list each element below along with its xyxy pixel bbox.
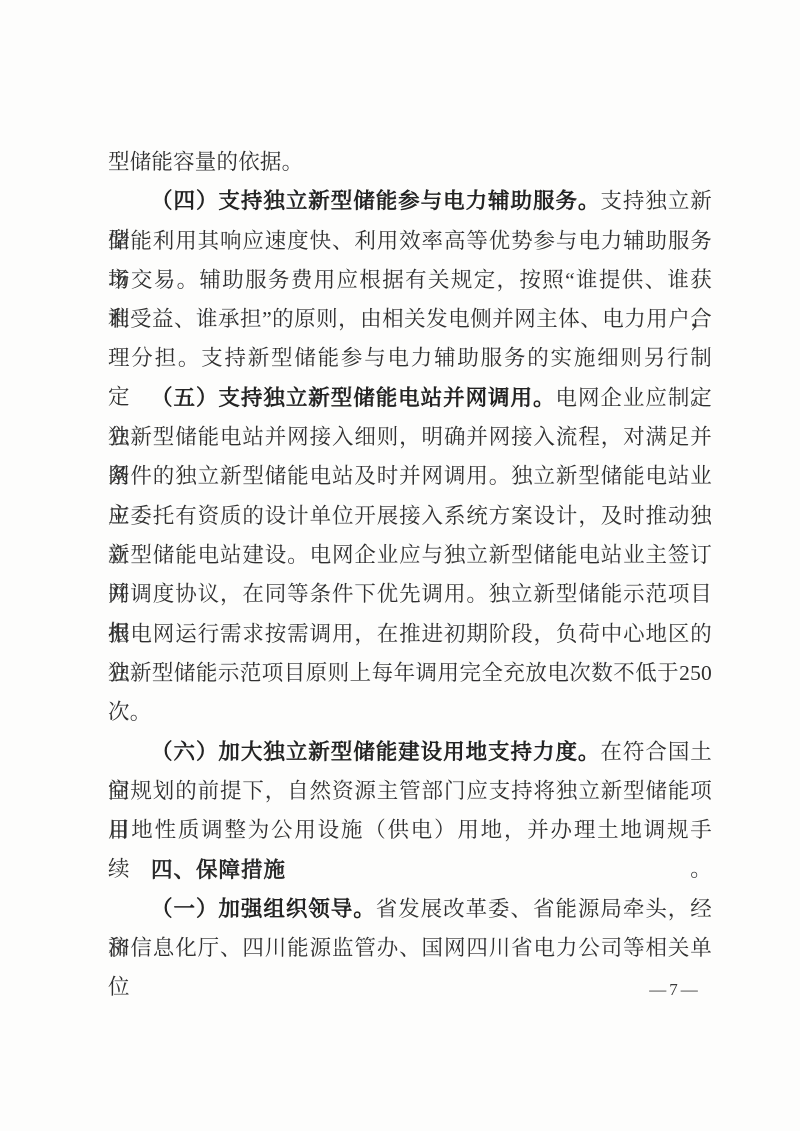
document-page: 型储能容量的依据。 （四）支持独立新型储能参与电力辅助服务。支持独立新型 储能利… (0, 0, 800, 1131)
section-heading-text: （一）加强组织领导。 (151, 897, 376, 921)
section-heading-text: （五）支持独立新型储能电站并网调用。 (151, 386, 555, 410)
doc-text: 次。 (108, 700, 151, 724)
doc-line: 四、保障措施 (108, 851, 712, 890)
doc-line: 立新型储能示范项目原则上每年调用完全充放电次数不低于250 (108, 654, 712, 693)
doc-line: 谁受益、谁承担”的原则，由相关发电侧并网主体、电力用户合 (108, 300, 712, 339)
doc-line: 和信息化厅、四川能源监管办、国网四川省电力公司等相关单位 (108, 929, 712, 1007)
page-number: —7— (630, 980, 720, 1000)
section-heading-text: （四）支持独立新型储能参与电力辅助服务。 (151, 189, 600, 213)
doc-text: 型储能容量的依据。 (108, 150, 303, 174)
doc-text: 立新型储能示范项目原则上每年调用完全充放电次数不低于250 (108, 661, 712, 685)
doc-line: 型储能容量的依据。 (108, 143, 712, 182)
section-heading-text: （六）加大独立新型储能建设用地支持力度。 (151, 740, 600, 764)
doc-text: 和信息化厅、四川能源监管办、国网四川省电力公司等相关单位 (108, 936, 712, 999)
chapter-heading-text: 四、保障措施 (151, 858, 286, 882)
doc-line: 次。 (108, 693, 712, 732)
doc-text: 谁受益、谁承担”的原则，由相关发电侧并网主体、电力用户合 (108, 307, 712, 331)
